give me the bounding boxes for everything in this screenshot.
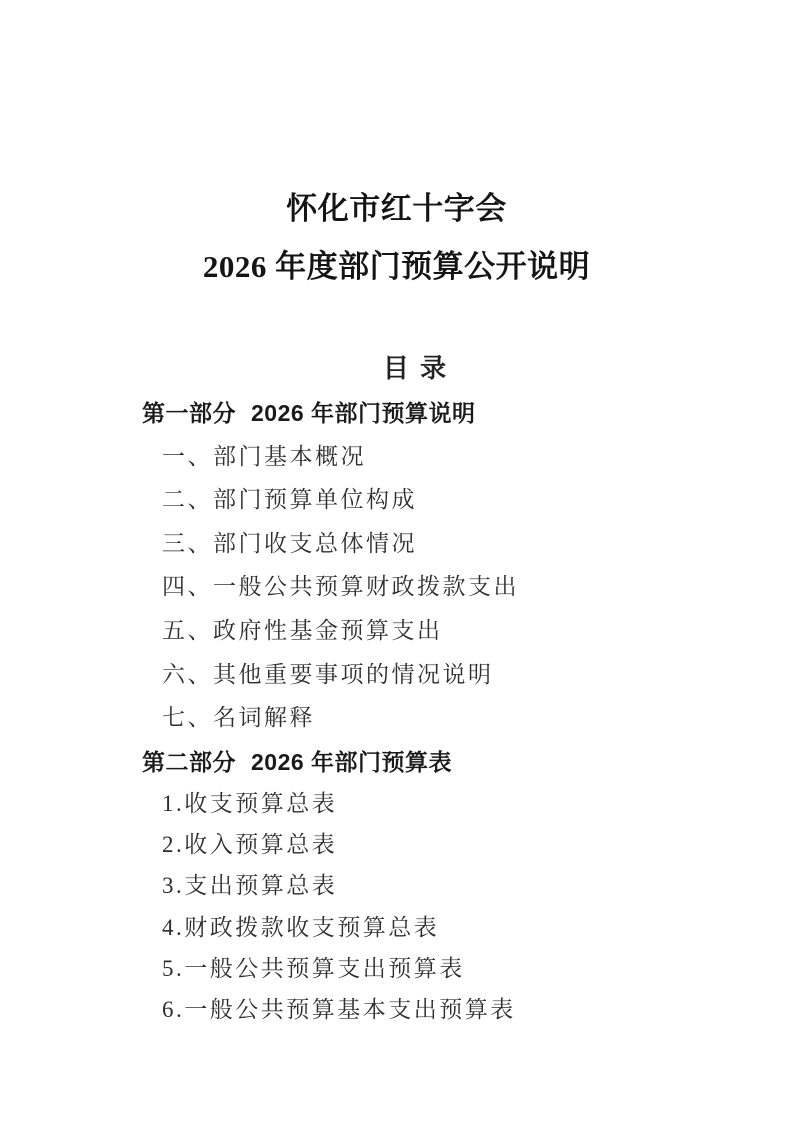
- toc-item-part1-5: 五、政府性基金预算支出: [0, 617, 793, 661]
- document-title-line2: 2026 年度部门预算公开说明: [0, 249, 793, 285]
- toc-item-part1-2: 二、部门预算单位构成: [0, 486, 793, 530]
- toc-item-part2-3: 3.支出预算总表: [0, 872, 793, 913]
- toc-item-part2-6: 6.一般公共预算基本支出预算表: [0, 996, 793, 1037]
- document-page: 怀化市红十字会 2026 年度部门预算公开说明 目 录 第一部分2026 年部门…: [0, 0, 793, 1122]
- toc-item-part1-6: 六、其他重要事项的情况说明: [0, 661, 793, 705]
- toc-item-part2-2: 2.收入预算总表: [0, 831, 793, 872]
- toc-item-part2-4: 4.财政拨款收支预算总表: [0, 914, 793, 955]
- toc-heading: 目 录: [19, 353, 793, 383]
- toc-part1-heading: 第一部分2026 年部门预算说明: [0, 399, 793, 443]
- toc-part1-title: 2026 年部门预算说明: [251, 400, 476, 426]
- toc-item-part2-1: 1.收支预算总表: [0, 790, 793, 831]
- toc-item-part1-7: 七、名词解释: [0, 704, 793, 748]
- document-title-line1: 怀化市红十字会: [0, 191, 793, 227]
- toc-item-part2-5: 5.一般公共预算支出预算表: [0, 955, 793, 996]
- toc-item-part1-1: 一、部门基本概况: [0, 443, 793, 487]
- toc-item-part1-4: 四、一般公共预算财政拨款支出: [0, 573, 793, 617]
- table-of-contents: 第一部分2026 年部门预算说明 一、部门基本概况 二、部门预算单位构成 三、部…: [0, 399, 793, 1038]
- toc-part1-label: 第一部分: [142, 400, 236, 426]
- toc-part2-heading: 第二部分2026 年部门预算表: [0, 748, 793, 790]
- toc-part2-label: 第二部分: [142, 749, 236, 775]
- toc-part2-title: 2026 年部门预算表: [251, 749, 452, 775]
- toc-item-part1-3: 三、部门收支总体情况: [0, 530, 793, 574]
